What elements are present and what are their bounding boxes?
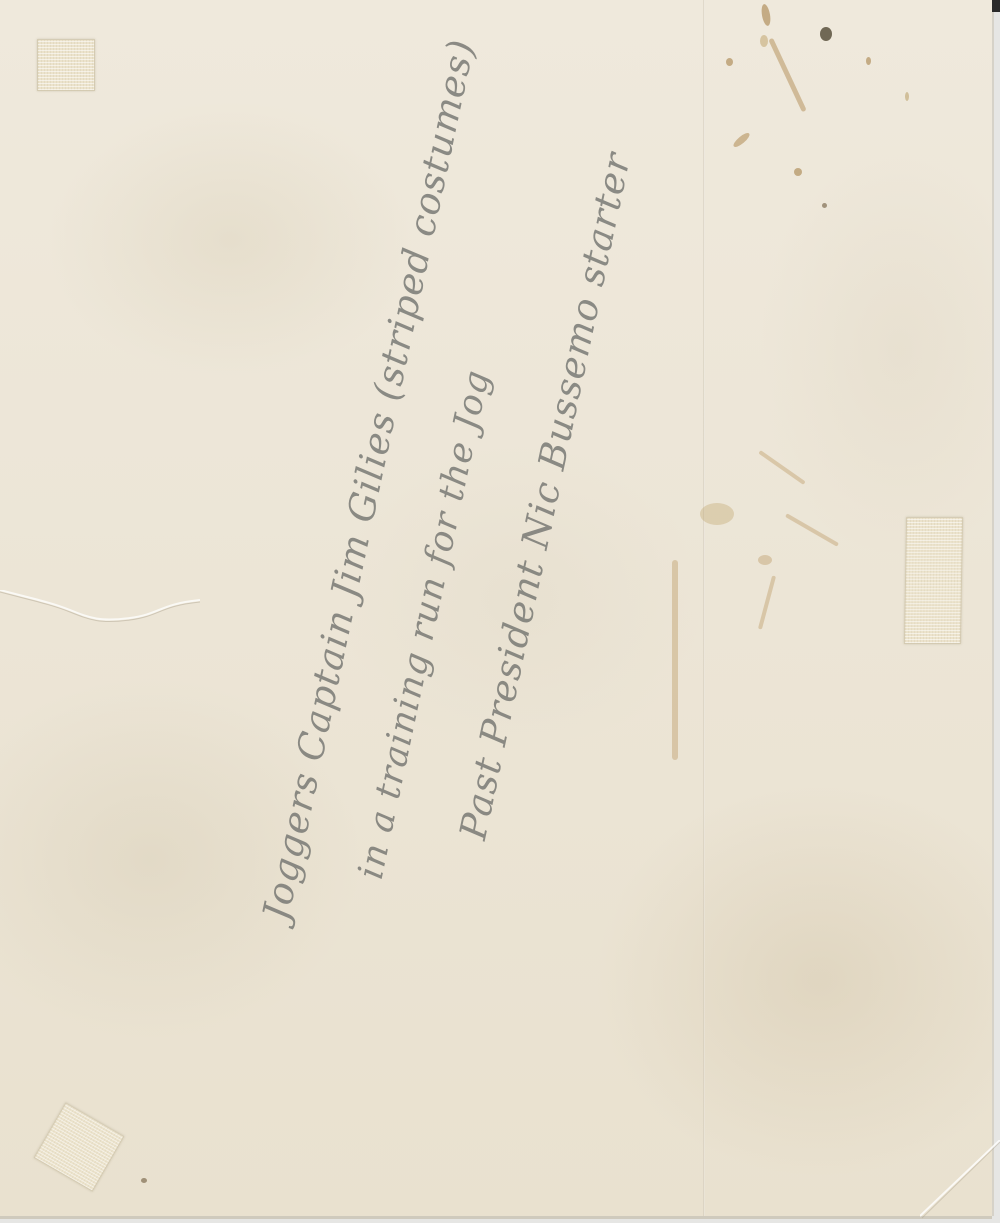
tape-piece-top-left bbox=[37, 39, 95, 91]
stain-blot bbox=[700, 503, 734, 525]
stain-spot bbox=[820, 27, 832, 41]
tape-piece-bottom-left bbox=[34, 1102, 125, 1191]
stain-spot bbox=[866, 57, 871, 65]
stain-spot bbox=[822, 203, 827, 208]
tape-piece-right bbox=[904, 517, 963, 644]
stain-spot bbox=[141, 1178, 147, 1183]
stain-drip bbox=[768, 38, 806, 113]
stain-spot bbox=[726, 58, 733, 66]
stain-drip bbox=[732, 131, 752, 149]
inscription-line-3: Past President Nic Bussemo starter bbox=[451, 149, 639, 844]
vertical-fold-line bbox=[703, 0, 705, 1216]
stain-drip bbox=[672, 560, 678, 760]
stain-spot bbox=[758, 555, 772, 565]
photo-back-sheet: Joggers Captain Jim Gilies (striped cost… bbox=[0, 0, 992, 1216]
stain-spot bbox=[760, 3, 772, 26]
left-edge-crease bbox=[0, 590, 200, 630]
stain-streak bbox=[758, 450, 805, 485]
stain-spot bbox=[794, 168, 802, 176]
stain-streak bbox=[785, 513, 839, 546]
bottom-right-corner-crease bbox=[920, 1140, 1000, 1220]
stain-spot bbox=[760, 35, 768, 47]
scanner-edge bbox=[992, 0, 1000, 12]
stain-spot bbox=[905, 92, 909, 101]
stain-streak bbox=[758, 575, 776, 629]
